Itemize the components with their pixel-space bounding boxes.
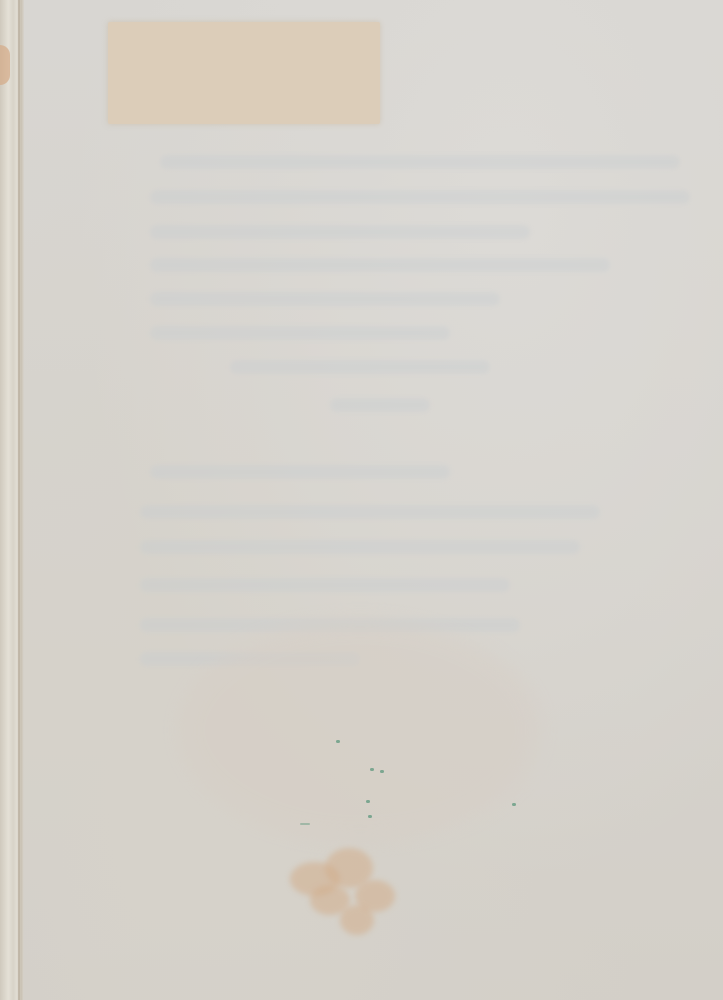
scanned-page [0, 0, 723, 1000]
water-stain [180, 620, 540, 840]
